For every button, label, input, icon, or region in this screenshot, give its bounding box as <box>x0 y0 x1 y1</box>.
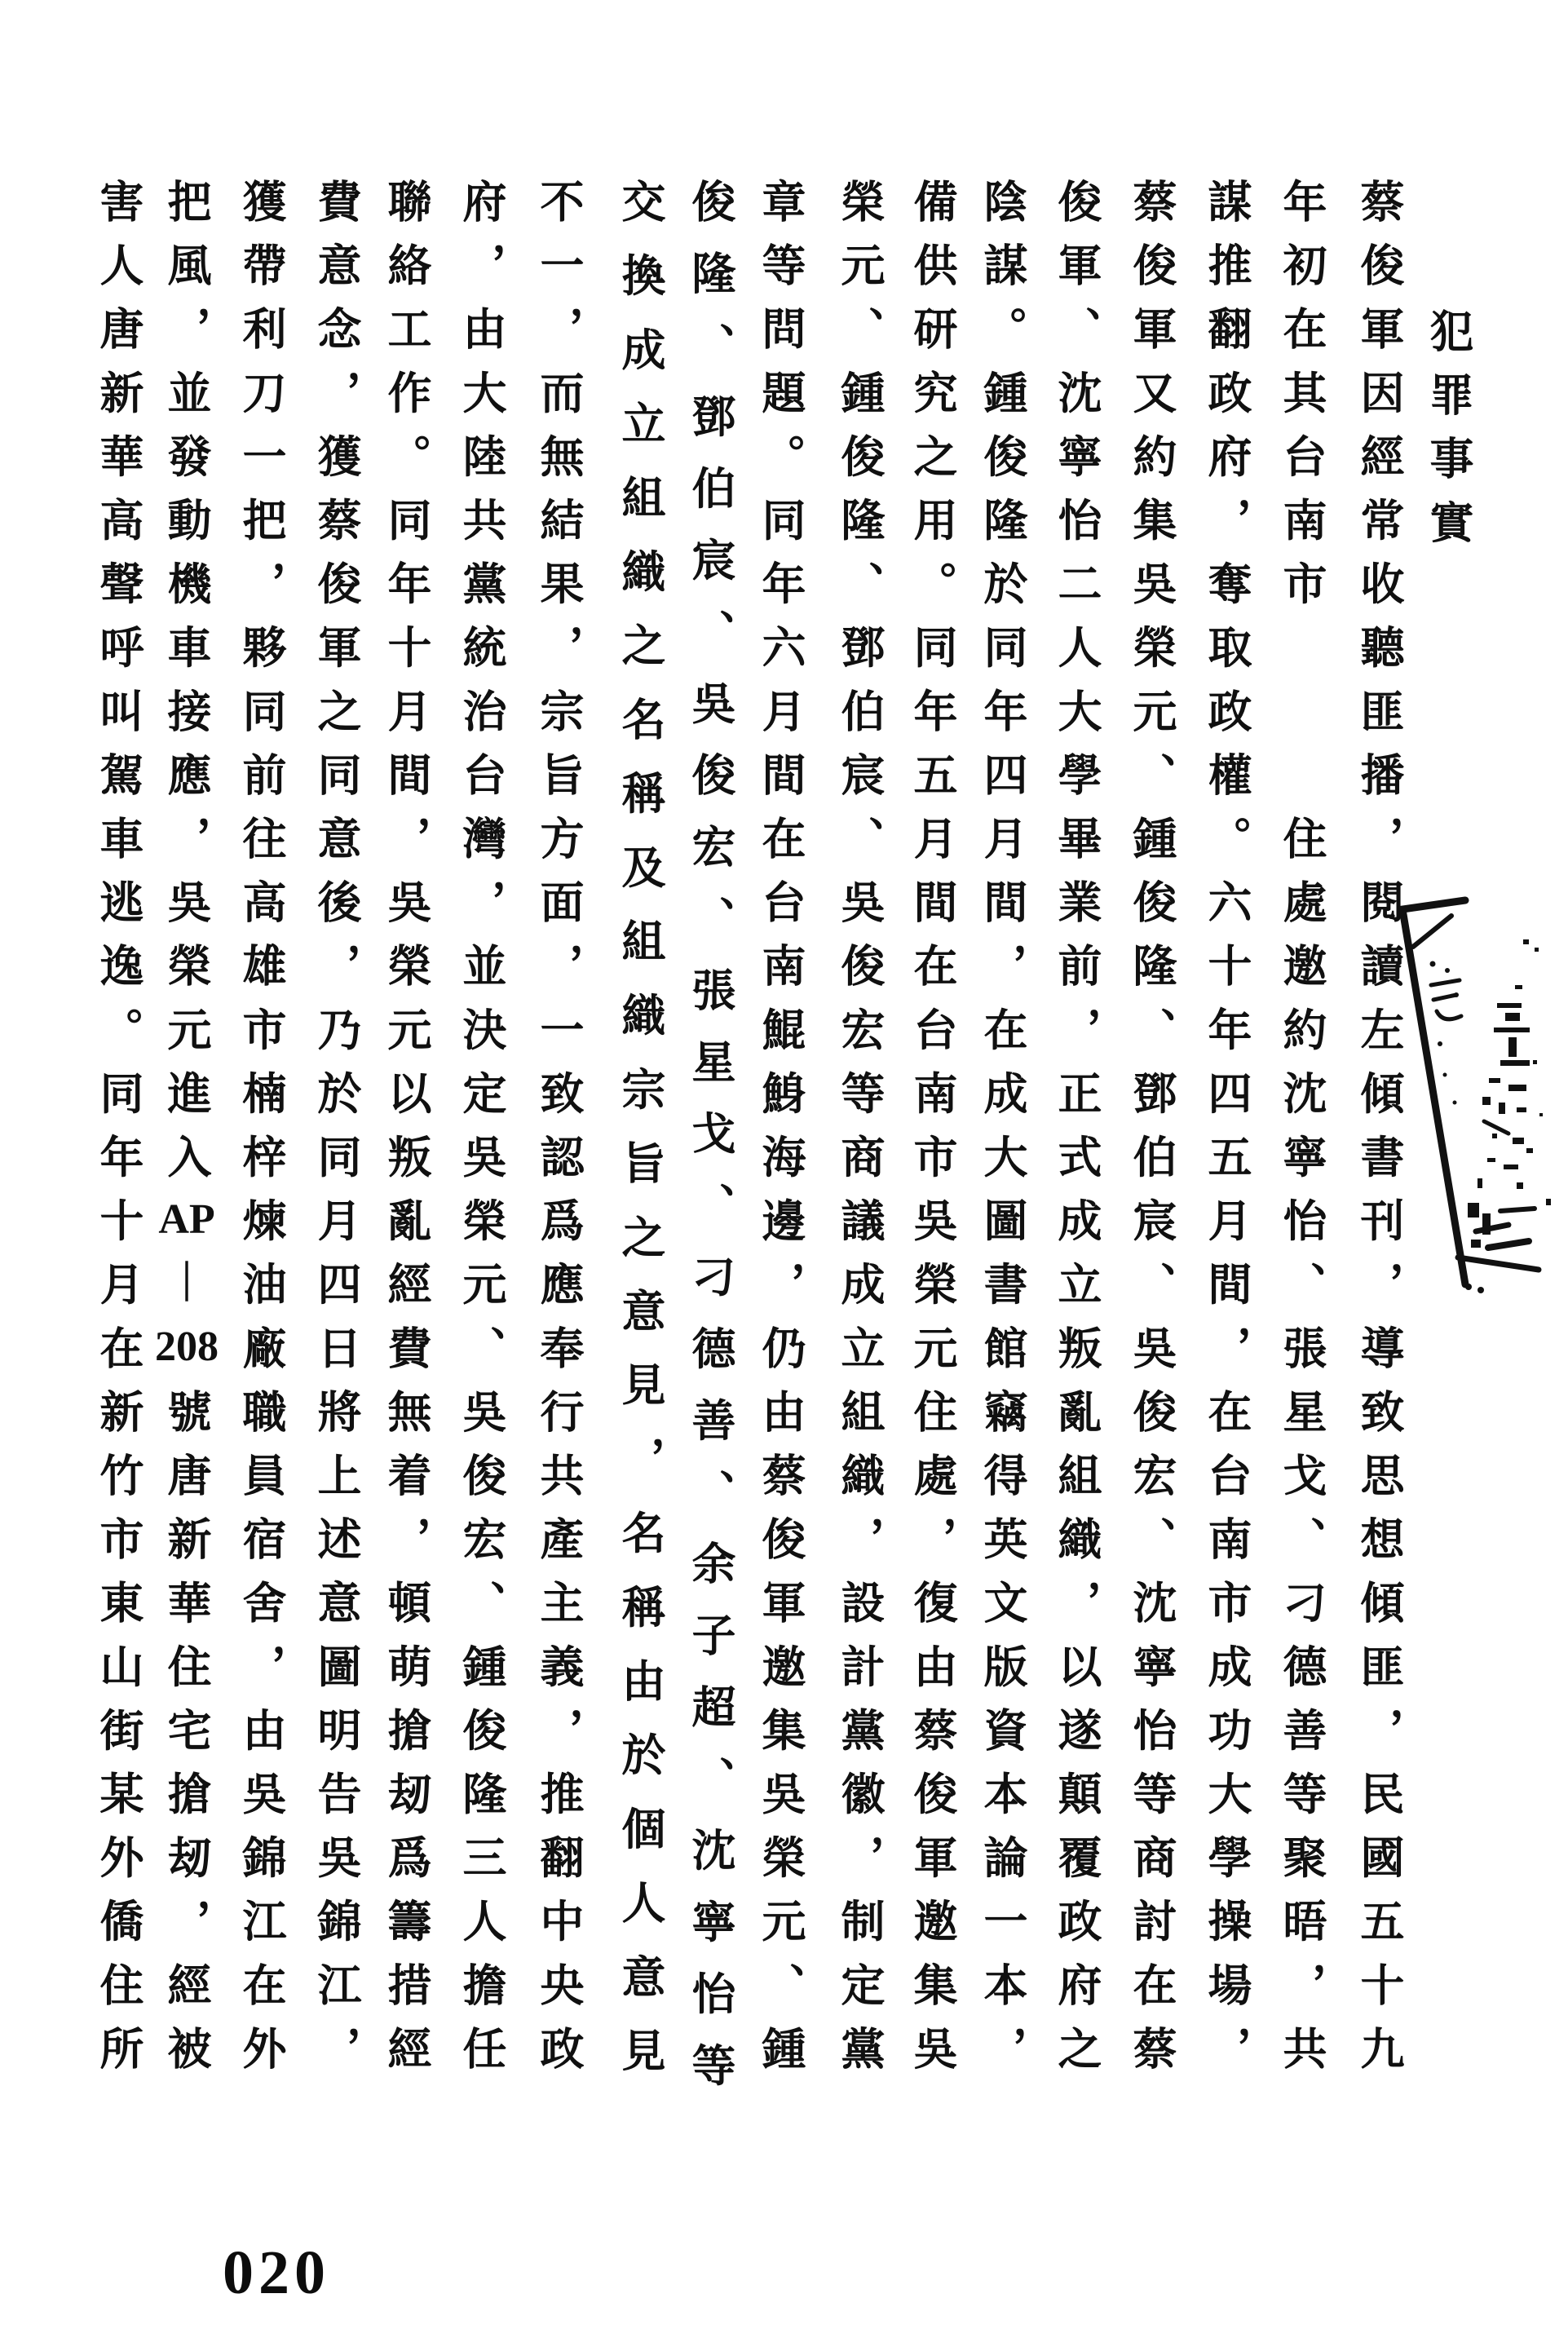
text-column-7: 備供研究之用。同年五月間在台南市吳榮元住處，復由蔡俊軍邀集吳 <box>908 179 957 2089</box>
text-column-3: 謀推翻政府，奪取政權。六十年四五月間，在台南市成功大學操場， <box>1203 179 1252 2089</box>
text-segment-after: 號唐新華住宅搶刼，經被 <box>162 1389 211 2089</box>
text-column-14: 聯絡工作。同年十月間，吳榮元以叛亂經費無着，頓萌搶刼爲籌措經 <box>382 179 431 2089</box>
text-column-4: 蔡俊軍又約集吳榮元、鍾俊隆、鄧伯宸、吳俊宏、沈寧怡等商討在蔡 <box>1128 179 1177 2089</box>
text-column-17: 把風，並發動機車接應，吳榮元進入 AP ｜ 208 號唐新華住宅搶刼，經被 <box>162 179 211 2089</box>
text-column-5: 俊軍、沈寧怡二人大學畢業前，正式成立叛亂組織，以遂顛覆政府之 <box>1053 179 1102 2089</box>
document-page: 犯罪事實 蔡俊軍因經常收聽匪播，閱讀左傾書刊，導致思想傾匪，民國五十九 年初在其… <box>0 0 1568 2329</box>
text-column-11: 交換成立組織之名稱及組織宗旨之意見，名稱由於個人意見 <box>616 179 665 2101</box>
text-column-10: 俊隆、鄧伯宸、吳俊宏、張星戈、刁德善、余子超、沈寧怡等 <box>687 179 735 2114</box>
address-code-number: 208 <box>155 1325 219 1369</box>
text-column-15: 費意念，獲蔡俊軍之同意後，乃於同月四日將上述意圖明告吳錦江， <box>312 179 361 2089</box>
address-code-separator-cell: ｜ <box>162 1262 211 1325</box>
text-column-13: 府，由大陸共黨統治台灣，並決定吳榮元、吳俊宏、鍾俊隆三人擔任 <box>457 179 506 2089</box>
address-code-separator: ｜ <box>167 1262 206 1306</box>
text-column-18: 害人唐新華高聲呼叫駕車逃逸。同年十月在新竹市東山街某外僑住所 <box>95 179 144 2089</box>
stamp-mark <box>1386 889 1568 1297</box>
address-code-number-cell: 208 <box>162 1325 211 1389</box>
section-title: 犯罪事實 <box>1424 308 1473 563</box>
address-code-prefix: AP <box>158 1198 214 1242</box>
text-column-9: 章等問題。同年六月間在台南鯤鯓海邊，仍由蔡俊軍邀集吳榮元、鍾 <box>757 179 806 2089</box>
text-segment-before: 把風，並發動機車接應，吳榮元進入 <box>162 179 211 1198</box>
text-column-2: 年初在其台南市 住處邀約沈寧怡、張星戈、刁德善等聚晤，共 <box>1278 179 1327 2089</box>
text-column-12: 不一，而無結果，宗旨方面，一致認爲應奉行共產主義，推翻中央政 <box>535 179 584 2089</box>
text-column-16: 獲帶利刀一把，夥同前往高雄市楠梓煉油廠職員宿舍，由吳錦江在外 <box>237 179 286 2089</box>
page-number: 020 <box>223 2242 330 2304</box>
text-column-8: 榮元、鍾俊隆、鄧伯宸、吳俊宏等商議成立組織，設計黨徽，制定黨 <box>836 179 885 2089</box>
address-code-prefix-cell: AP <box>162 1198 211 1262</box>
text-column-6: 陰謀。鍾俊隆於同年四月間，在成大圖書館竊得英文版資本論一本， <box>978 179 1027 2089</box>
